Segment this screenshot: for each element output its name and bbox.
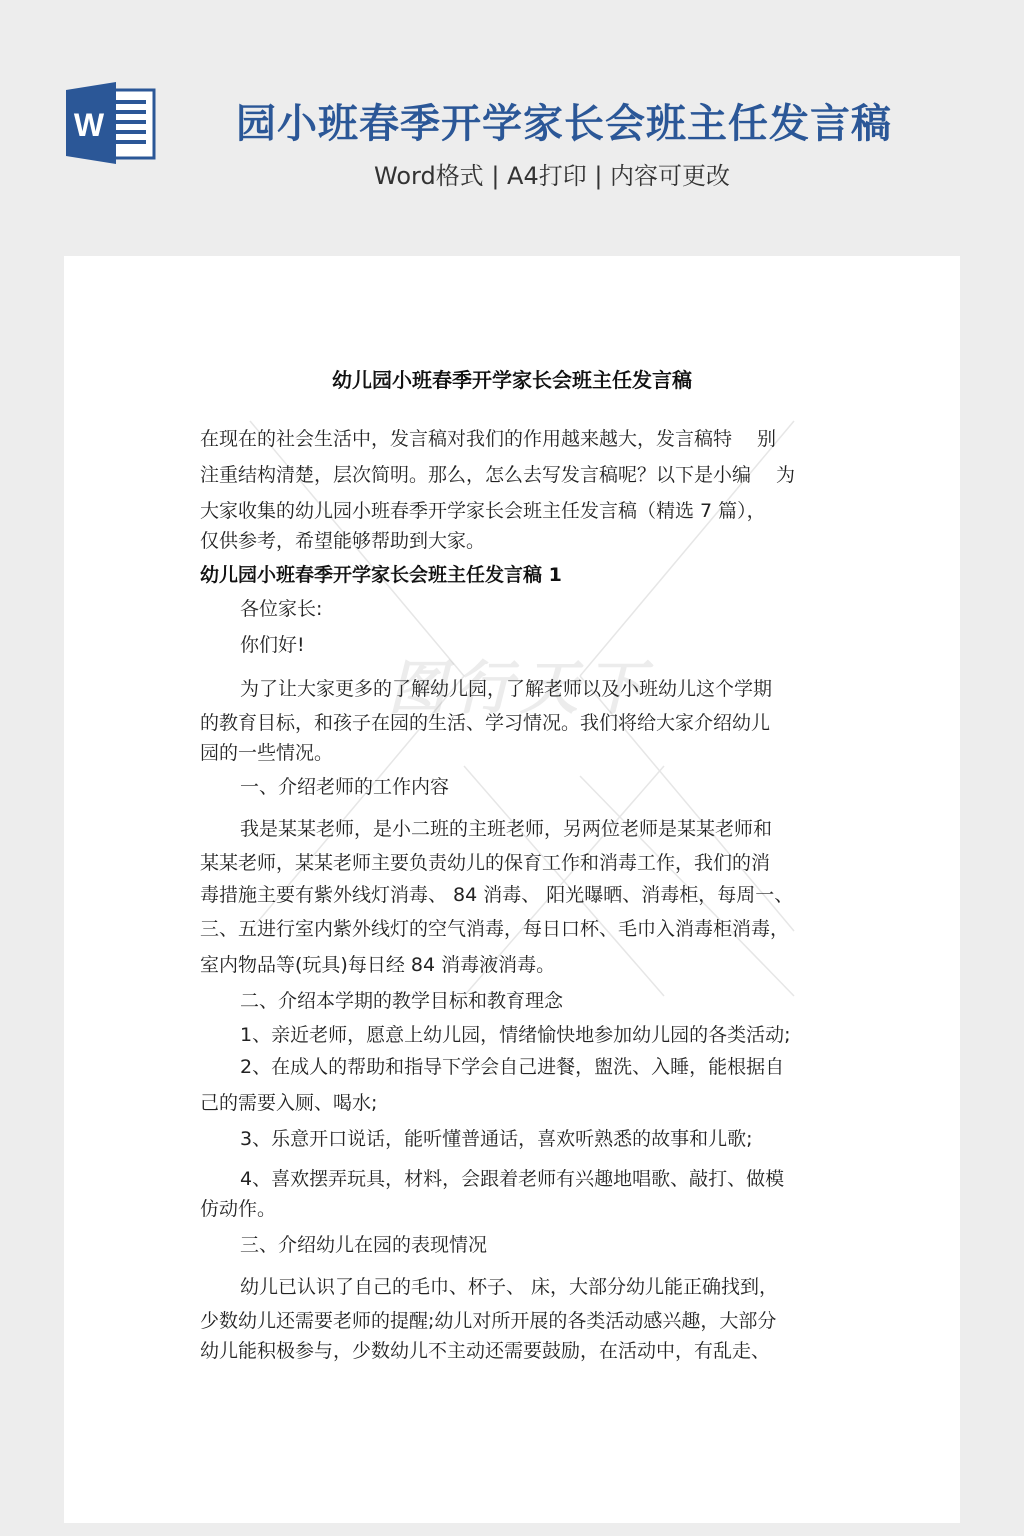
paragraph-line: 2、在成人的帮助和指导下学会自己进餐，盥洗、入睡，能根据自 bbox=[200, 1054, 784, 1080]
paragraph-line: 大家收集的幼儿园小班春季开学家长会班主任发言稿（精选 7 篇）， bbox=[200, 498, 766, 524]
paragraph-line: 一、介绍老师的工作内容 bbox=[200, 774, 449, 800]
paragraph-line: 仅供参考，希望能够帮助到大家。 bbox=[200, 528, 485, 554]
paragraph-line: 我是某某老师，是小二班的主班老师，另两位老师是某某老师和 bbox=[200, 816, 772, 842]
paragraph-line: 在现在的社会生活中，发言稿对我们的作用越来越大，发言稿特 别 bbox=[200, 426, 776, 452]
paragraph-line: 各位家长: bbox=[200, 596, 322, 622]
paragraph-line: 少数幼儿还需要老师的提醒;幼儿对所开展的各类活动感兴趣，大部分 bbox=[200, 1308, 776, 1334]
paragraph-line: 仿动作。 bbox=[200, 1196, 276, 1222]
paragraph-line: 三、五进行室内紫外线灯的空气消毒，每日口杯、毛巾入消毒柜消毒， bbox=[200, 916, 789, 942]
header-title: 园小班春季开学家长会班主任发言稿 bbox=[236, 92, 892, 149]
word-document-icon: W bbox=[64, 80, 156, 166]
paragraph-line: 注重结构清楚，层次简明。那么，怎么去写发言稿呢？以下是小编 为 bbox=[200, 462, 795, 488]
paragraph-line: 的教育目标，和孩子在园的生活、学习情况。我们将给大家介绍幼儿 bbox=[200, 710, 770, 736]
paragraph-line: 毒措施主要有紫外线灯消毒、 84 消毒、 阳光曝晒、消毒柜，每周一、 bbox=[200, 882, 793, 908]
page-header: W 园小班春季开学家长会班主任发言稿 Word格式 | A4打印 | 内容可更改 bbox=[0, 0, 1024, 256]
paragraph-line: 为了让大家更多的了解幼儿园，了解老师以及小班幼儿这个学期 bbox=[200, 676, 772, 702]
document-page: 图行天下 幼儿园小班春季开学家长会班主任发言稿 在现在的社会生活中，发言稿对我们… bbox=[64, 256, 960, 1523]
paragraph-line: 3、乐意开口说话，能听懂普通话，喜欢听熟悉的故事和儿歌; bbox=[200, 1126, 753, 1152]
section-heading: 幼儿园小班春季开学家长会班主任发言稿 1 bbox=[200, 562, 562, 588]
paragraph-line: 4、喜欢摆弄玩具，材料，会跟着老师有兴趣地唱歌、敲打、做模 bbox=[200, 1166, 784, 1192]
paragraph-line: 1、亲近老师，愿意上幼儿园，情绪愉快地参加幼儿园的各类活动; bbox=[200, 1022, 791, 1048]
paragraph-line: 某某老师，某某老师主要负责幼儿的保育工作和消毒工作，我们的消 bbox=[200, 850, 770, 876]
paragraph-line: 你们好! bbox=[200, 632, 305, 658]
paragraph-line: 园的一些情况。 bbox=[200, 740, 333, 766]
paragraph-line: 幼儿能积极参与，少数幼儿不主动还需要鼓励，在活动中，有乱走、 bbox=[200, 1338, 770, 1364]
header-subtitle: Word格式 | A4打印 | 内容可更改 bbox=[374, 156, 730, 191]
paragraph-line: 三、介绍幼儿在园的表现情况 bbox=[200, 1232, 487, 1258]
paragraph-line: 室内物品等(玩具)每日经 84 消毒液消毒。 bbox=[200, 952, 555, 978]
paragraph-line: 二、介绍本学期的教学目标和教育理念 bbox=[200, 988, 563, 1014]
svg-text:W: W bbox=[74, 107, 105, 143]
document-title: 幼儿园小班春季开学家长会班主任发言稿 bbox=[64, 364, 960, 393]
paragraph-line: 幼儿已认识了自己的毛巾、杯子、 床，大部分幼儿能正确找到， bbox=[200, 1274, 778, 1300]
paragraph-line: 己的需要入厕、喝水; bbox=[200, 1090, 377, 1116]
